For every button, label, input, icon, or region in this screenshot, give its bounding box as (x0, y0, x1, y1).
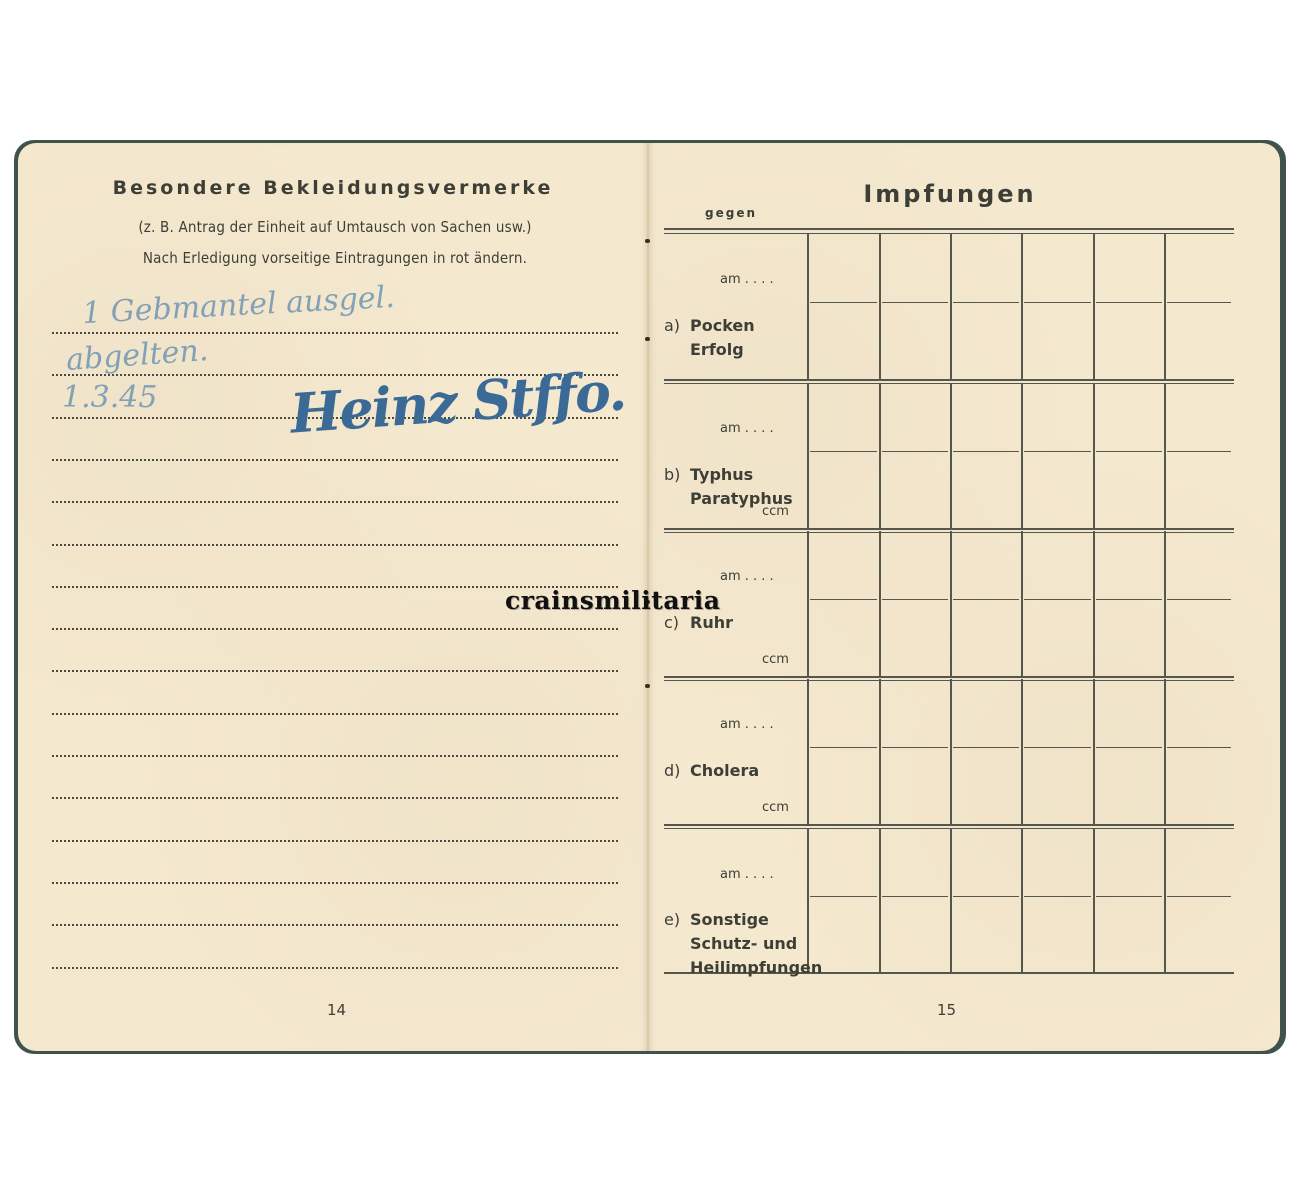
section-separator (664, 680, 1234, 681)
grid-column-line (807, 383, 809, 528)
grid-column-line (950, 383, 952, 528)
vaccine-name: Sonstige (690, 910, 769, 929)
grid-column-line (1164, 679, 1166, 824)
grid-cell-split (810, 451, 877, 452)
right-page-title: Impfungen (830, 180, 1070, 208)
vaccine-name: Cholera (690, 761, 759, 780)
grid-column-line (1021, 829, 1023, 972)
am-date-label: am . . . . (720, 867, 774, 882)
grid-column-line (1093, 383, 1095, 528)
dotted-line (52, 924, 618, 926)
grid-cell-split (1024, 302, 1091, 303)
watermark: crainsmilitaria (505, 586, 720, 615)
vaccine-subtext: Schutz- und (664, 932, 822, 956)
grid-cell-split (1024, 451, 1091, 452)
column-header-gegen: gegen (705, 206, 757, 220)
dotted-line (52, 713, 618, 715)
grid-column-line (1164, 383, 1166, 528)
dotted-line (52, 501, 618, 503)
grid-cell-split (1024, 599, 1091, 600)
grid-column-line (879, 234, 881, 379)
grid-column-line (950, 531, 952, 676)
am-date-label: am . . . . (720, 569, 774, 584)
grid-cell-split (1167, 451, 1231, 452)
grid-cell-split (1167, 599, 1231, 600)
vaccine-subtext: Heilimpfungen (664, 956, 822, 980)
grid-cell-split (810, 302, 877, 303)
dotted-line (52, 459, 618, 461)
table-top-rule (664, 233, 1234, 234)
grid-cell-split (1096, 747, 1162, 748)
grid-cell-split (1024, 896, 1091, 897)
staple (645, 337, 650, 341)
grid-cell-split (1167, 896, 1231, 897)
section-separator (664, 828, 1234, 829)
section-separator (664, 379, 1234, 381)
section-separator (664, 383, 1234, 384)
page-number-left: 14 (327, 1001, 346, 1019)
grid-cell-split (953, 451, 1019, 452)
grid-column-line (879, 531, 881, 676)
handwritten-date: 1.3.45 (62, 380, 157, 415)
grid-cell-split (1096, 896, 1162, 897)
vaccine-label-sonstige: e)SonstigeSchutz- undHeilimpfungen (664, 908, 822, 980)
grid-cell-split (953, 747, 1019, 748)
vaccine-label-cholera: d)Cholera (664, 759, 759, 783)
section-separator (664, 528, 1234, 530)
vaccine-name: Pocken (690, 316, 755, 335)
grid-column-line (807, 679, 809, 824)
grid-column-line (879, 383, 881, 528)
grid-column-line (1093, 531, 1095, 676)
grid-cell-split (953, 896, 1019, 897)
grid-cell-split (1167, 302, 1231, 303)
ccm-label: ccm (762, 504, 789, 519)
grid-cell-split (810, 599, 877, 600)
dotted-line (52, 967, 618, 969)
grid-column-line (950, 234, 952, 379)
grid-cell-split (953, 302, 1019, 303)
grid-column-line (1164, 234, 1166, 379)
dotted-line (52, 840, 618, 842)
left-page-subtitle-2: Nach Erledigung vorseitige Eintragungen … (0, 249, 670, 267)
dotted-line (52, 755, 618, 757)
grid-column-line (1164, 829, 1166, 972)
grid-column-line (1021, 531, 1023, 676)
dotted-line (52, 332, 618, 334)
grid-column-line (1093, 679, 1095, 824)
grid-cell-split (882, 747, 948, 748)
grid-cell-split (882, 896, 948, 897)
vaccine-letter: a) (664, 314, 690, 338)
grid-cell-split (1167, 747, 1231, 748)
grid-cell-split (1096, 451, 1162, 452)
grid-cell-split (1096, 599, 1162, 600)
grid-column-line (1164, 531, 1166, 676)
grid-column-line (1021, 383, 1023, 528)
dotted-line (52, 544, 618, 546)
am-date-label: am . . . . (720, 421, 774, 436)
dotted-line (52, 797, 618, 799)
dotted-line (52, 882, 618, 884)
vaccine-name: Typhus (690, 465, 753, 484)
grid-column-line (1093, 829, 1095, 972)
vaccine-name: Ruhr (690, 613, 733, 632)
grid-cell-split (810, 747, 877, 748)
grid-column-line (879, 679, 881, 824)
dotted-line (52, 628, 618, 630)
grid-cell-split (882, 599, 948, 600)
section-separator (664, 824, 1234, 826)
grid-column-line (879, 829, 881, 972)
section-separator (664, 532, 1234, 533)
page-number-right: 15 (937, 1001, 956, 1019)
grid-cell-split (882, 451, 948, 452)
ccm-label: ccm (762, 652, 789, 667)
vaccine-letter: e) (664, 908, 690, 932)
grid-column-line (807, 234, 809, 379)
grid-column-line (950, 829, 952, 972)
grid-cell-split (953, 599, 1019, 600)
vaccine-letter: d) (664, 759, 690, 783)
grid-column-line (1093, 234, 1095, 379)
vaccine-subtext: Erfolg (664, 338, 755, 362)
vaccine-letter: b) (664, 463, 690, 487)
grid-cell-split (810, 896, 877, 897)
section-separator (664, 676, 1234, 678)
staple (645, 684, 650, 688)
staple (645, 239, 650, 243)
grid-cell-split (882, 302, 948, 303)
left-page-subtitle-1: (z. B. Antrag der Einheit auf Umtausch v… (0, 218, 670, 236)
table-top-rule (664, 228, 1234, 230)
am-date-label: am . . . . (720, 272, 774, 287)
left-page-title: Besondere Bekleidungsvermerke (18, 177, 648, 199)
am-date-label: am . . . . (720, 717, 774, 732)
grid-column-line (807, 531, 809, 676)
grid-cell-split (1024, 747, 1091, 748)
grid-column-line (950, 679, 952, 824)
dotted-line (52, 670, 618, 672)
ccm-label: ccm (762, 800, 789, 815)
grid-cell-split (1096, 302, 1162, 303)
grid-column-line (1021, 234, 1023, 379)
vaccine-label-pocken: a)PockenErfolg (664, 314, 755, 362)
grid-column-line (1021, 679, 1023, 824)
